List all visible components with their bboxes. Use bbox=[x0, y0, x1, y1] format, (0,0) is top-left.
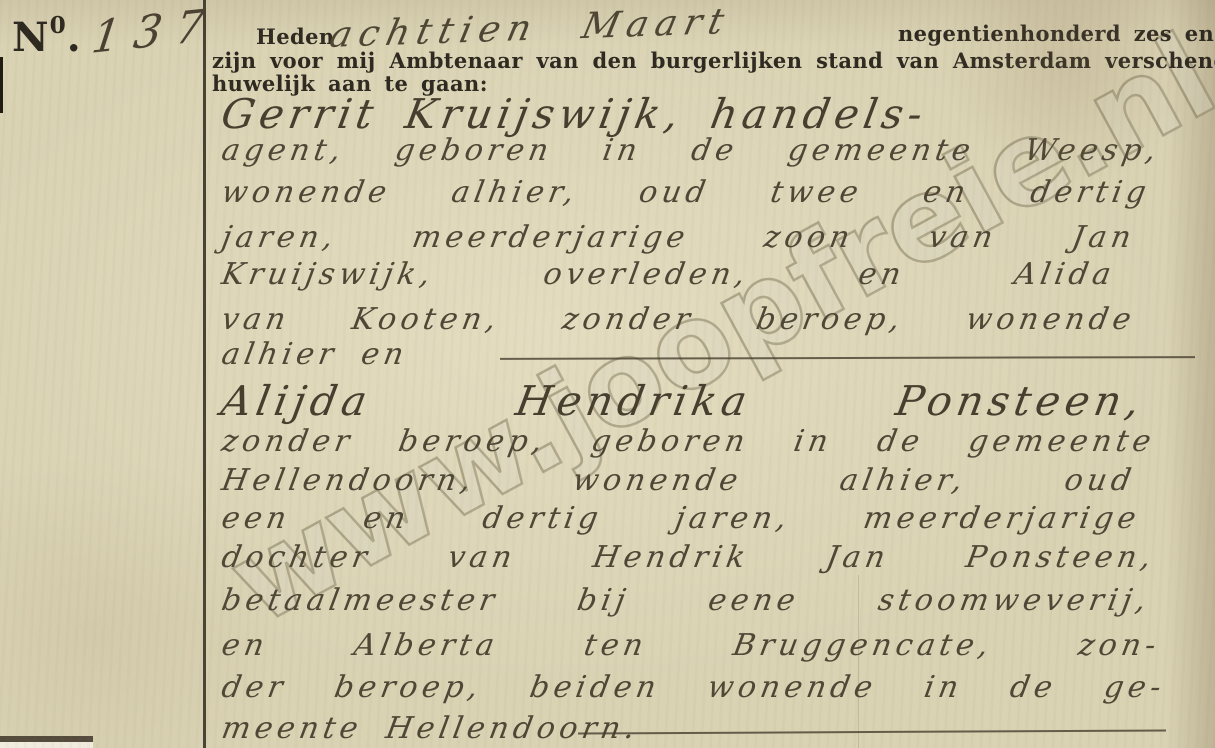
handwritten-line: een en dertig jaren, meerderjarige bbox=[219, 501, 1143, 536]
handwritten-line-last: meente Hellendoorn. bbox=[219, 711, 642, 746]
handwritten-line: alhier en bbox=[219, 337, 411, 372]
printed-registrar-line: zijn voor mij Ambtenaar van den burgerli… bbox=[212, 48, 1215, 73]
scan-bottom-edge-light bbox=[0, 742, 93, 748]
handwritten-line: en Alberta ten Bruggencate, zon- bbox=[219, 628, 1163, 663]
separator-rule bbox=[500, 356, 1195, 360]
marriage-record-scan: www.joopfreie.nl N0. 137 Heden achttien … bbox=[0, 0, 1215, 748]
handwritten-line-groom-name: Gerrit Kruijswijk, handels- bbox=[218, 90, 931, 138]
handwritten-line: van Kooten, zonder beroep, wonende bbox=[219, 302, 1138, 337]
handwritten-line: jaren, meerderjarige zoon van Jan bbox=[219, 220, 1138, 255]
handwritten-line: zonder beroep, geboren in de gemeente bbox=[219, 424, 1158, 459]
act-number-value: 137 bbox=[89, 0, 222, 64]
closing-rule bbox=[578, 729, 1166, 734]
handwritten-line: agent, geboren in de gemeente Weesp, bbox=[219, 133, 1163, 168]
numero-superscript: 0 bbox=[50, 12, 67, 39]
act-number-label: N0. bbox=[12, 12, 82, 61]
printed-year-phrase: negentienhonderd zes en twint bbox=[898, 21, 1215, 46]
margin-divider-rule bbox=[203, 0, 206, 748]
handwritten-line-bride-name: Alijda Hendrika Ponsteen, bbox=[218, 377, 1148, 425]
handwritten-line: Kruijswijk, overleden, en Alida bbox=[219, 257, 1118, 292]
handwritten-line: betaalmeester bij eene stoomweverij, bbox=[219, 583, 1153, 618]
printed-heden: Heden bbox=[256, 24, 335, 49]
numero-letter: N bbox=[12, 14, 50, 61]
handwritten-line: Hellendoorn, wonende alhier, oud bbox=[219, 463, 1138, 498]
numero-period: . bbox=[67, 14, 82, 61]
handwritten-line: der beroep, beiden wonende in de ge- bbox=[219, 670, 1168, 705]
handwritten-line: wonende alhier, oud twee en dertig bbox=[219, 175, 1153, 210]
scan-edge-artifact bbox=[0, 57, 3, 113]
handwritten-line: dochter van Hendrik Jan Ponsteen, bbox=[219, 540, 1158, 575]
